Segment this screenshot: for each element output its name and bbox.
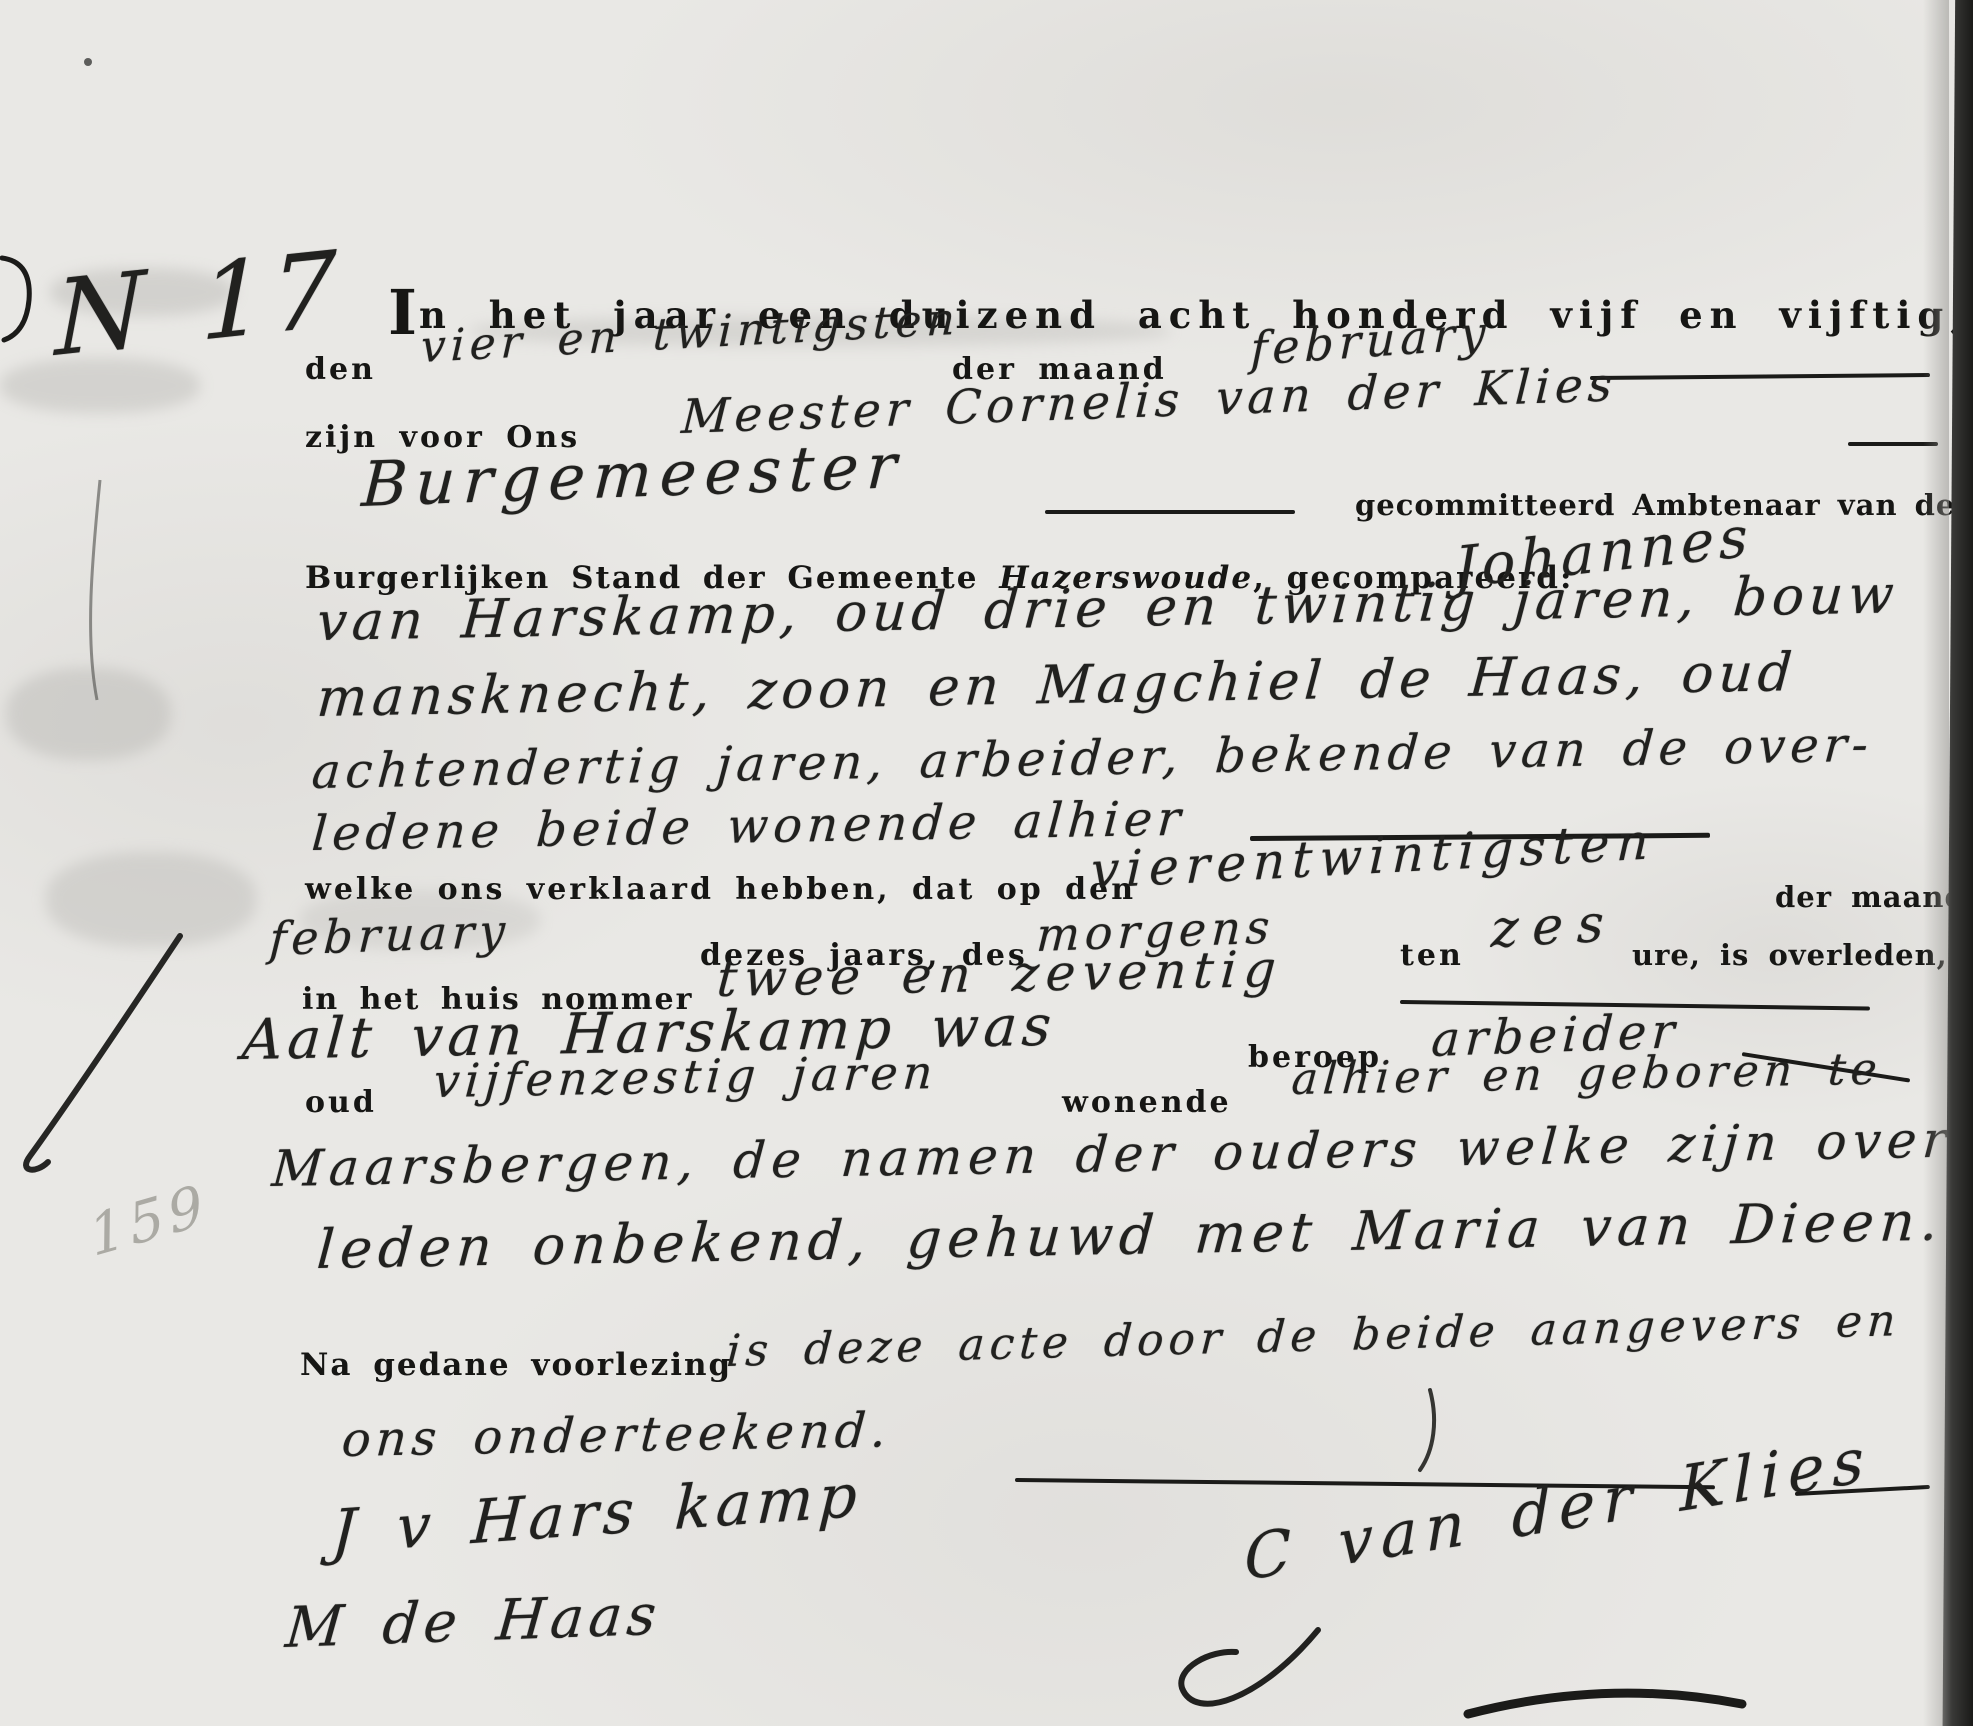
opening-initial: I (388, 276, 419, 349)
label-welke-ons: welke ons verklaard hebben, dat op den (305, 872, 1136, 907)
label-na-gedane-voorlezing: Na gedane voorlezing (300, 1347, 732, 1383)
closing-handwritten-2: ons onderteekend. (340, 1402, 893, 1468)
label-oud: oud (305, 1085, 377, 1120)
bleedthrough-mark (6, 668, 171, 760)
field-death-month: february (268, 903, 511, 966)
signature-declarant-2: M de Haas (283, 1583, 664, 1661)
label-wonende: wonende (1062, 1085, 1232, 1120)
bleedthrough-mark (46, 852, 256, 947)
field-age: vijfenzestig jaren (432, 1045, 939, 1108)
label-ure-overleden: ure, is overleden, (1632, 938, 1948, 972)
field-residence: alhier en geboren te (1290, 1044, 1884, 1105)
label-ten: ten (1400, 938, 1464, 973)
label-den: den (305, 352, 376, 387)
field-death-hour: zes (1490, 893, 1619, 960)
fill-line (1045, 510, 1295, 514)
